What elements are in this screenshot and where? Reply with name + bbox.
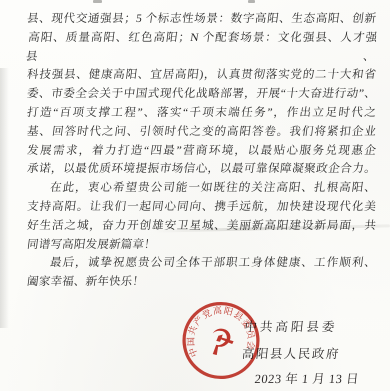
official-seal: 中国共产党高阳县委员会 ☭ bbox=[176, 293, 267, 388]
body-line: 委、市委全会关于中国式现代化战略部署，开展“十大奋进行动”、 bbox=[26, 85, 377, 104]
letter-page: 县、现代交通强县；5 个标志性场景：数字高阳、生态高阳、创新 高阳、质量高阳、红… bbox=[0, 0, 390, 391]
body-line: 县、现代交通强县；5 个标志性场景：数字高阳、生态高阳、创新 bbox=[26, 10, 377, 29]
body-line: 阖家幸福、新年快乐！ bbox=[26, 273, 377, 292]
letter-body: 县、现代交通强县；5 个标志性场景：数字高阳、生态高阳、创新 高阳、质量高阳、红… bbox=[27, 10, 376, 292]
hammer-sickle-icon: ☭ bbox=[201, 319, 242, 365]
body-line: 打造“百项支撑工程”、落实“千项末端任务”，作出立足时代之 bbox=[26, 104, 377, 123]
scan-artifact bbox=[93, 0, 102, 3]
body-line: 承诺，以最优质环境提振市场信心，以最可靠保障凝聚政企合力。 bbox=[26, 160, 377, 179]
body-line: 在此，衷心希望贵公司能一如既往的关注高阳、扎根高阳、 bbox=[26, 179, 377, 198]
body-line: 发展需求，着力打造“四最”营商环境，以最贴心服务兑现惠企 bbox=[26, 142, 377, 161]
body-line: 同谱写高阳发展新篇章！ bbox=[26, 236, 377, 255]
body-line: 基、回答时代之问、引领时代之变的高阳答卷。我们将紧扣企业 bbox=[26, 123, 377, 142]
body-line: 好生活之城，奋力开创雄安卫星城、美丽新高阳建设新局面，共 bbox=[26, 217, 377, 236]
body-line: 科技强县、健康高阳、宜居高阳)，认真贯彻落实党的二十大和省 bbox=[26, 66, 377, 85]
body-line: 高阳、质量高阳、红色高阳；N 个配套场景：文化强县、人才强县、 bbox=[25, 29, 379, 67]
scan-edge-shadow bbox=[0, 68, 9, 328]
scan-artifact bbox=[248, 0, 255, 3]
body-line: 最后，诚挚祝愿贵公司全体干部职工身体健康、工作顺利、 bbox=[26, 254, 377, 273]
body-line: 支持高阳。让我们一起同心同向、携手远航，加快建设现代化美 bbox=[26, 198, 377, 217]
